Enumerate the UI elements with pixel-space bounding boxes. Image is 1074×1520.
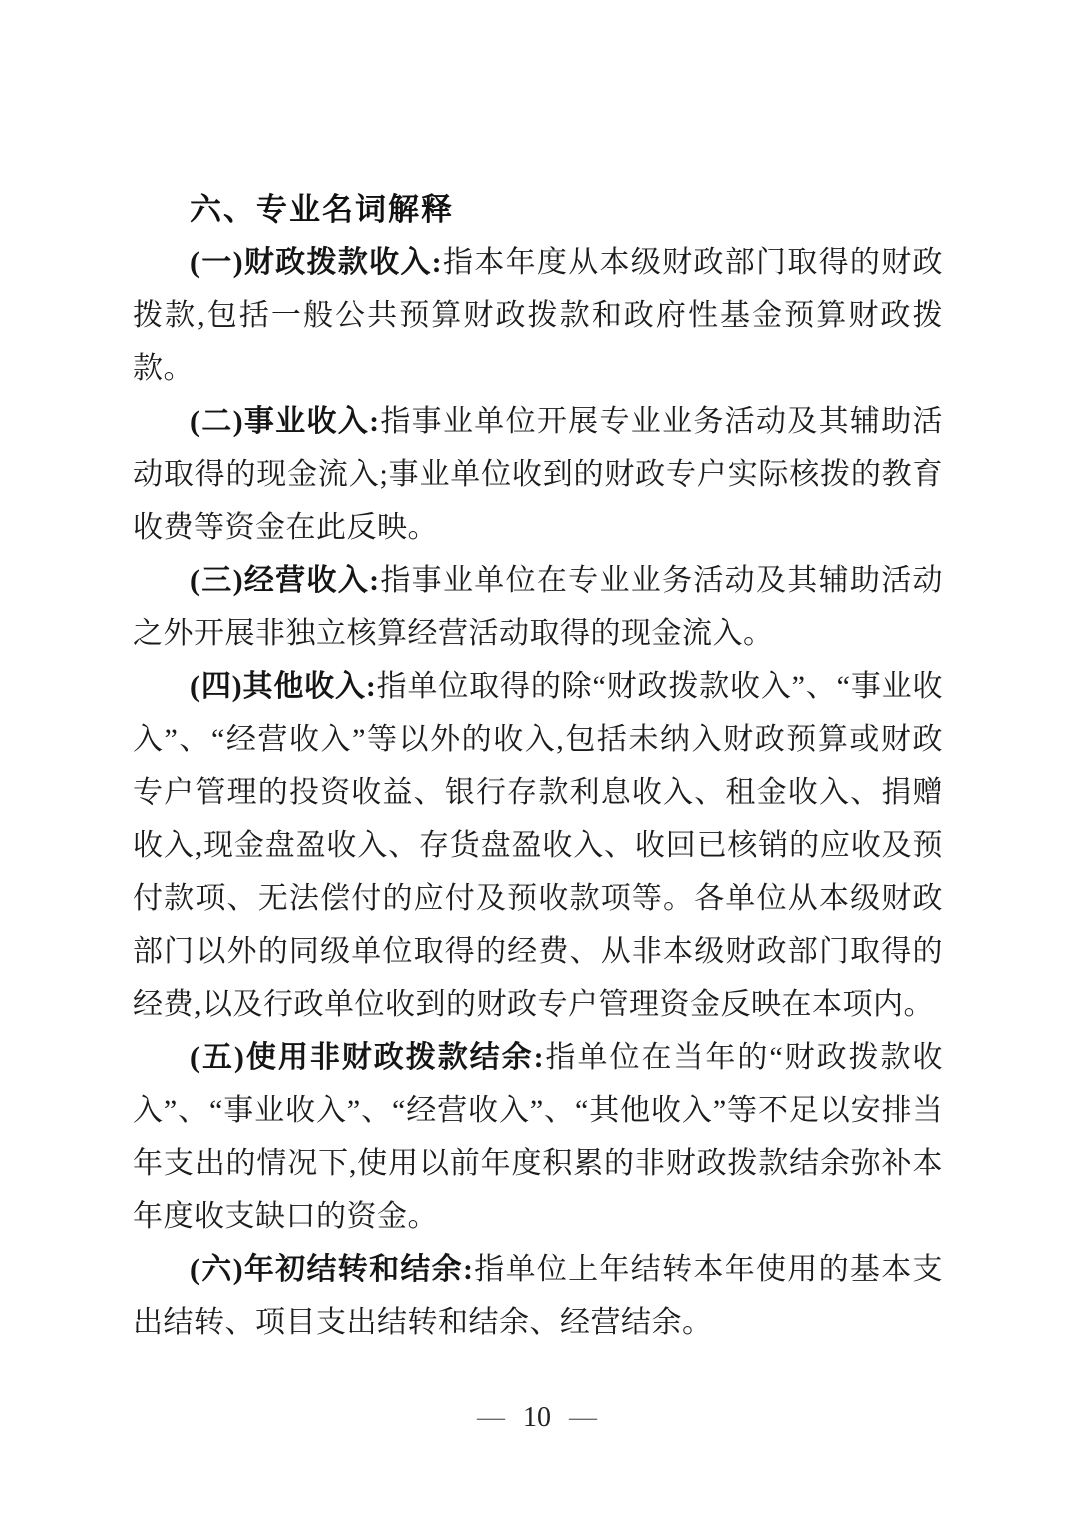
definition-paragraph-3: (三)经营收入:指事业单位在专业业务活动及其辅助活动之外开展非独立核算经营活动取… [133,554,943,660]
term-label-1: (一)财政拨款收入: [190,246,442,279]
section-heading: 六、专业名词解释 [133,183,943,236]
definition-paragraph-4: (四)其他收入:指单位取得的除“财政拨款收入”、“事业收入”、“经营收入”等以外… [133,660,943,1031]
footer-dash-right: — [569,1402,597,1433]
term-label-2: (二)事业收入: [190,405,380,438]
definition-paragraph-1: (一)财政拨款收入:指本年度从本级财政部门取得的财政拨款,包括一般公共预算财政拨… [133,236,943,395]
term-label-3: (三)经营收入: [190,564,380,597]
definition-paragraph-6: (六)年初结转和结余:指单位上年结转本年使用的基本支出结转、项目支出结转和结余、… [133,1243,943,1349]
document-page: 六、专业名词解释 (一)财政拨款收入:指本年度从本级财政部门取得的财政拨款,包括… [0,0,1074,1520]
term-definition-4: 指单位取得的除“财政拨款收入”、“事业收入”、“经营收入”等以外的收入,包括未纳… [133,670,943,1021]
term-label-5: (五)使用非财政拨款结余: [190,1041,544,1074]
term-label-4: (四)其他收入: [190,670,376,703]
page-footer: —10— [0,1398,1074,1438]
term-label-6: (六)年初结转和结余: [190,1253,473,1286]
document-body: 六、专业名词解释 (一)财政拨款收入:指本年度从本级财政部门取得的财政拨款,包括… [133,183,943,1349]
footer-dash-left: — [477,1402,505,1433]
page-number: 10 [523,1402,551,1433]
definition-paragraph-2: (二)事业收入:指事业单位开展专业业务活动及其辅助活动取得的现金流入;事业单位收… [133,395,943,554]
definition-paragraph-5: (五)使用非财政拨款结余:指单位在当年的“财政拨款收入”、“事业收入”、“经营收… [133,1031,943,1243]
